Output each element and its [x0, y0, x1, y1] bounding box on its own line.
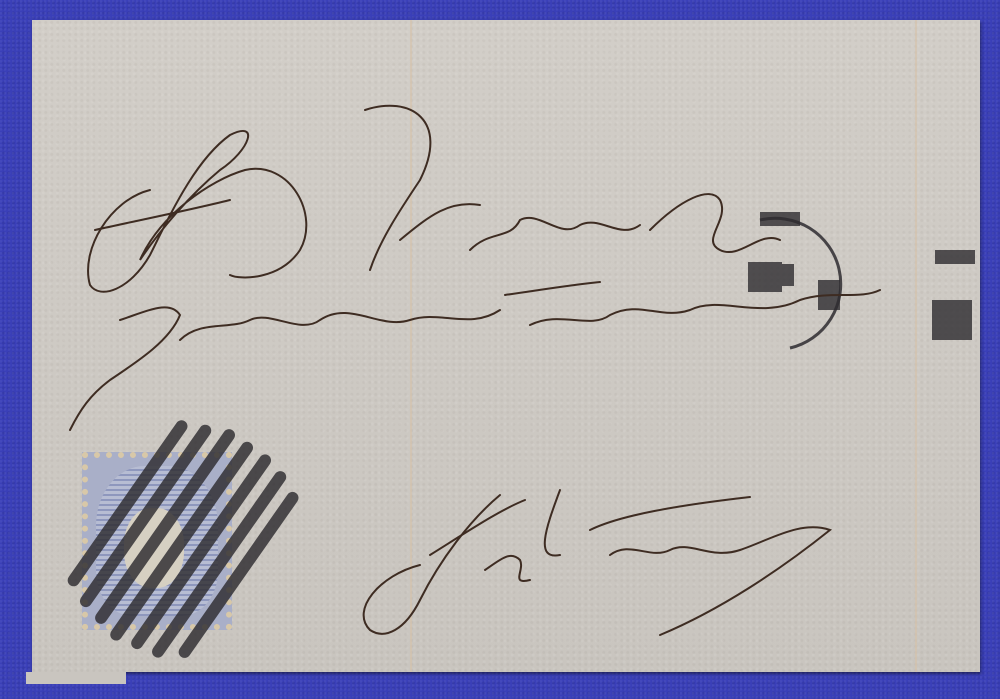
barred-cancellation: [54, 402, 310, 681]
address-line-1: Sr. D. Pedro Bruno: [0, 0, 1, 1]
postmark-text: [748, 212, 975, 340]
handwriting-and-cancels: [0, 0, 1000, 699]
